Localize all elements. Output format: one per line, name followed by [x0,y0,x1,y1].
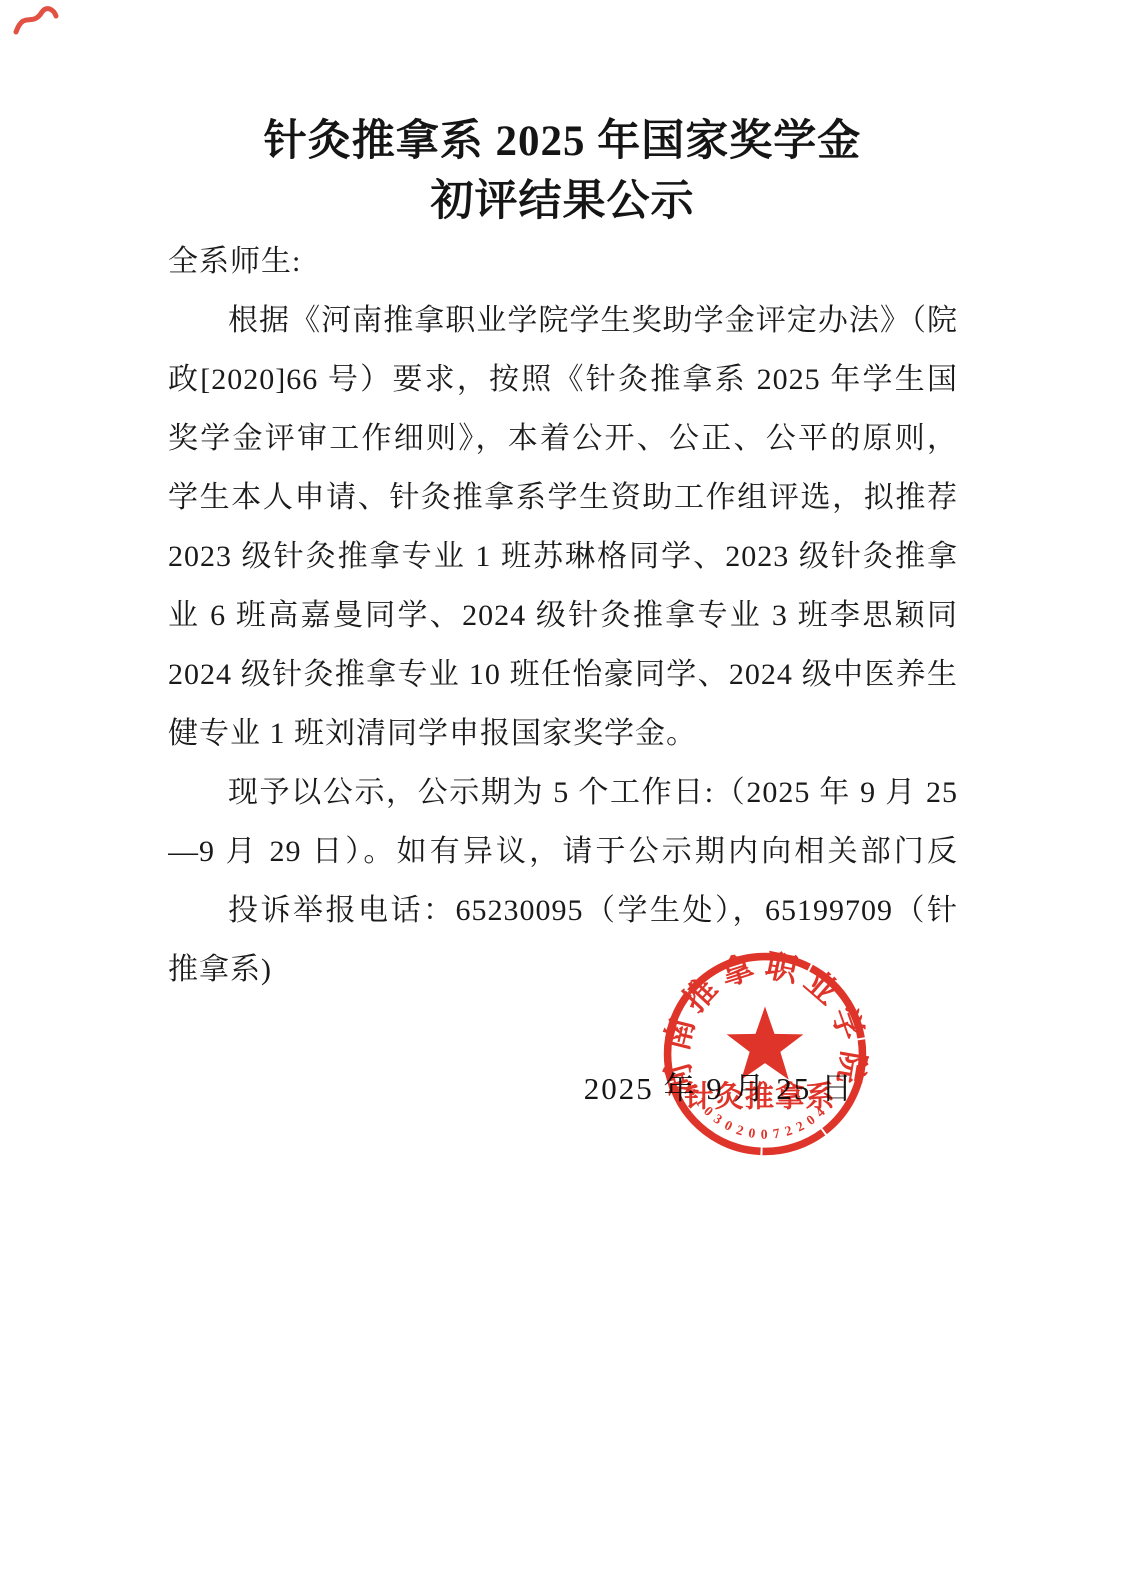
document-body: 全系师生: 根据《河南推拿职业学院学生奖助学金评定办法》（院 政[2020]66… [168,232,958,999]
body-line: 2024 级针灸推拿专业 10 班任怡豪同学、2024 级中医养生保 [168,645,958,704]
body-line: 业 6 班高嘉曼同学、2024 级针灸推拿专业 3 班李思颖同学、 [168,586,958,645]
body-line: 根据《河南推拿职业学院学生奖助学金评定办法》（院 [168,291,958,350]
official-seal-stamp: 河南推拿职业学院 针灸推拿系 4103020072204 [661,950,869,1158]
body-line: 现予以公示，公示期为 5 个工作日:（2025 年 9 月 25 日 [168,763,958,822]
red-pen-mark [12,2,60,44]
document-title: 针灸推拿系 2025 年国家奖学金 初评结果公示 [0,0,1125,232]
body-line: 政[2020]66 号）要求，按照《针灸推拿系 2025 年学生国家 [168,350,958,409]
body-line: 学生本人申请、针灸推拿系学生资助工作组评选，拟推荐 [168,468,958,527]
document-page: 针灸推拿系 2025 年国家奖学金 初评结果公示 全系师生: 根据《河南推拿职业… [0,0,1125,1576]
title-line-1: 针灸推拿系 2025 年国家奖学金 [0,112,1125,172]
title-line-2: 初评结果公示 [0,172,1125,232]
body-line: —9 月 29 日）。如有异议，请于公示期内向相关部门反映。 [168,822,958,881]
body-line: 健专业 1 班刘清同学申报国家奖学金。 [168,704,958,763]
seal-star-icon [727,1007,804,1080]
body-line: 奖学金评审工作细则》，本着公开、公正、公平的原则，经 [168,409,958,468]
body-line: 投诉举报电话：65230095（学生处），65199709（针灸 [168,881,958,940]
salutation: 全系师生: [168,232,958,291]
body-line: 2023 级针灸推拿专业 1 班苏琳格同学、2023 级针灸推拿专 [168,527,958,586]
